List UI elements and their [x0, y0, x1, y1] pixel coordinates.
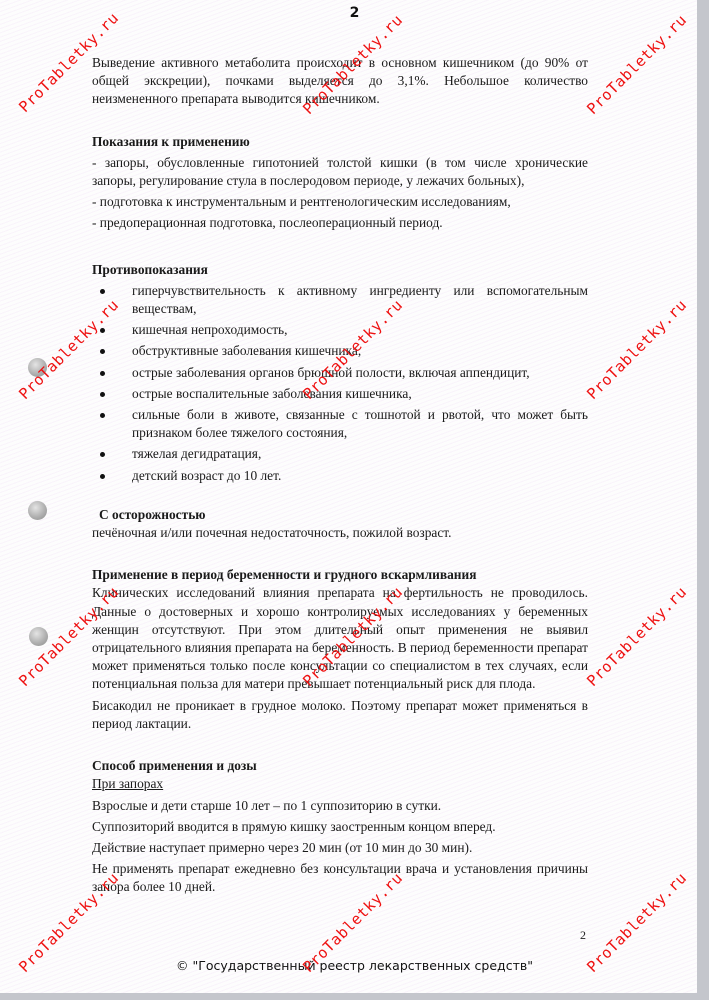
list-item: тяжелая дегидратация, [92, 445, 588, 463]
caution-text: печёночная и/или почечная недостаточност… [92, 524, 588, 542]
indication-item: - предоперационная подготовка, послеопер… [92, 214, 588, 232]
list-item: острые заболевания органов брюшной полос… [92, 364, 588, 382]
intro-paragraph: Выведение активного метаболита происходи… [92, 54, 588, 109]
list-item: сильные боли в животе, связанные с тошно… [92, 406, 588, 442]
list-item: гиперчувствительность к активному ингред… [92, 282, 588, 318]
bullet-icon [100, 413, 105, 418]
dosage-paragraph: Не применять препарат ежедневно без конс… [92, 860, 588, 896]
dosage-paragraph: Суппозиторий вводится в прямую кишку зао… [92, 818, 588, 836]
bullet-icon [100, 474, 105, 479]
top-page-number: 2 [0, 5, 709, 21]
indication-item: - запоры, обусловленные гипотонией толст… [92, 154, 588, 190]
list-item: кишечная непроходимость, [92, 321, 588, 339]
caution-heading: С осторожностью [92, 506, 588, 524]
pregnancy-heading: Применение в период беременности и грудн… [92, 566, 588, 584]
dosage-heading: Способ применения и дозы [92, 757, 588, 775]
list-item: детский возраст до 10 лет. [92, 467, 588, 485]
bottom-page-number: 2 [580, 928, 586, 943]
list-item: острые воспалительные заболевания кишечн… [92, 385, 588, 403]
indication-item: - подготовка к инструментальным и рентге… [92, 193, 588, 211]
bullet-icon [100, 452, 105, 457]
hole-punch-icon [28, 358, 47, 377]
list-item: обструктивные заболевания кишечника, [92, 342, 588, 360]
bullet-icon [100, 371, 105, 376]
hole-punch-icon [29, 627, 48, 646]
scan-border-right [697, 0, 709, 1000]
indications-heading: Показания к применению [92, 133, 588, 151]
contraindications-heading: Противопоказания [92, 261, 588, 279]
dosage-subtitle: При запорах [92, 775, 588, 793]
dosage-paragraph: Действие наступает примерно через 20 мин… [92, 839, 588, 857]
bullet-icon [100, 349, 105, 354]
footer-copyright: © "Государственный реестр лекарственных … [0, 958, 709, 973]
pregnancy-paragraph: Клинических исследований влияния препара… [92, 584, 588, 693]
scan-border-bottom [0, 993, 709, 1000]
dosage-paragraph: Взрослые и дети старше 10 лет – по 1 суп… [92, 797, 588, 815]
lactation-paragraph: Бисакодил не проникает в грудное молоко.… [92, 697, 588, 733]
contraindications-list: гиперчувствительность к активному ингред… [92, 282, 588, 485]
hole-punch-icon [28, 501, 47, 520]
bullet-icon [100, 328, 105, 333]
bullet-icon [100, 392, 105, 397]
document-content: Выведение активного метаболита происходи… [92, 54, 588, 897]
bullet-icon [100, 289, 105, 294]
